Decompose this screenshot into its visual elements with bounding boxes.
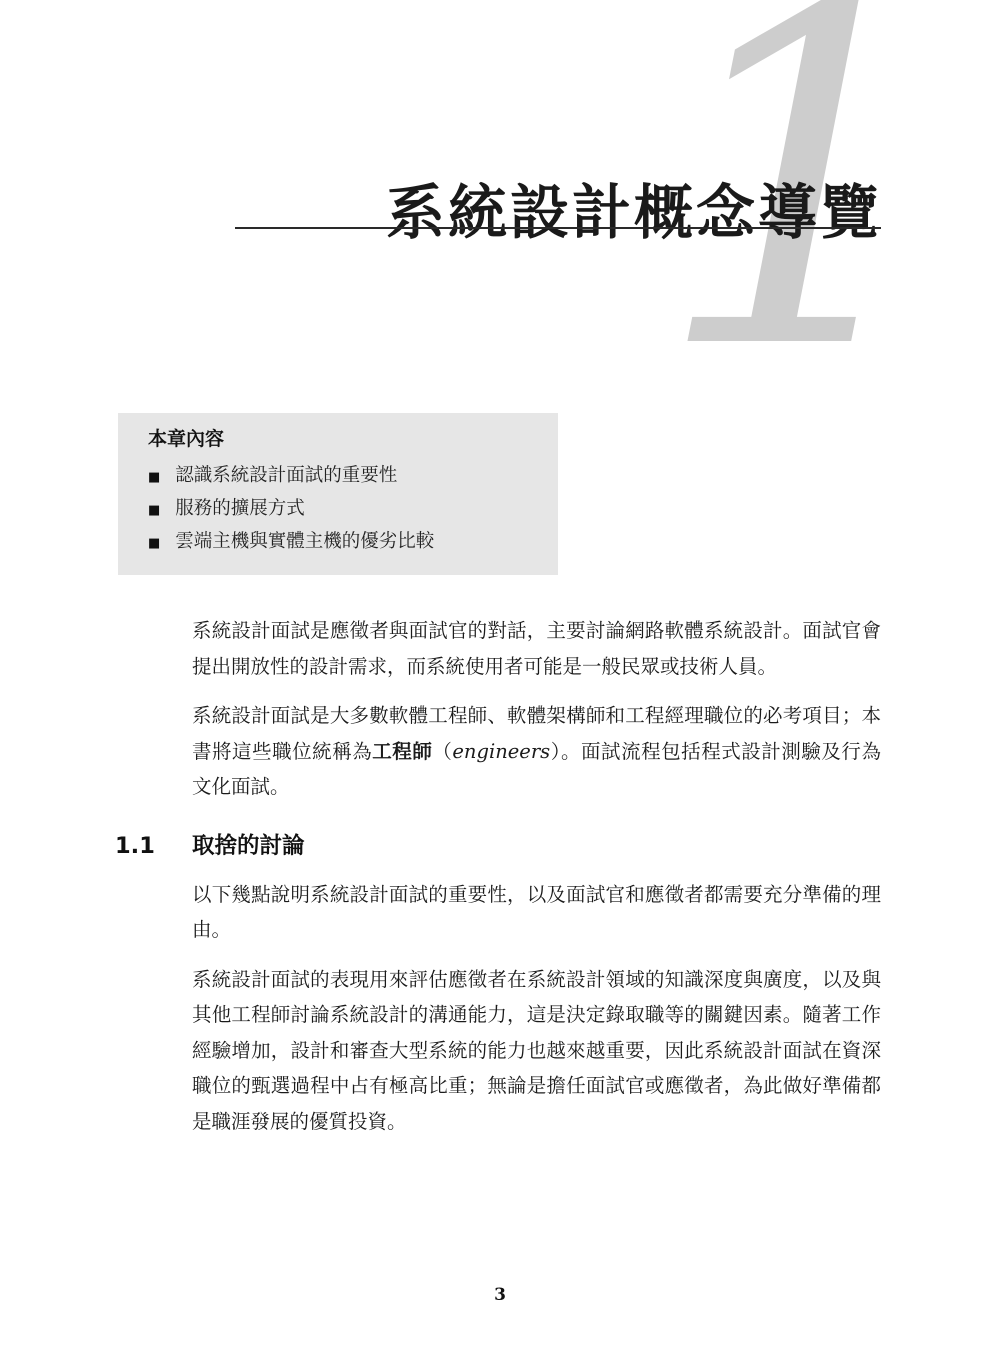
italic-english-term: engineers (452, 740, 550, 763)
section-title: 取捨的討論 (192, 831, 305, 861)
main-text-column: 系統設計面試是應徵者與面試官的對話，主要討論網路軟體系統設計。面試官會提出開放性… (115, 613, 881, 1153)
title-divider-rule (235, 227, 881, 229)
book-page: 1 系統設計概念導覽 本章內容 ■ 認識系統設計面試的重要性 ■ 服務的擴展方式… (0, 0, 1000, 1353)
paragraph-section-intro: 以下幾點說明系統設計面試的重要性，以及面試官和應徵者都需要充分準備的理由。 (192, 877, 881, 948)
paren-open: （ (432, 740, 452, 763)
bullet-square-icon: ■ (148, 495, 160, 526)
paragraph-intro: 系統設計面試是應徵者與面試官的對話，主要討論網路軟體系統設計。面試官會提出開放性… (192, 613, 881, 684)
contents-item-label: 服務的擴展方式 (175, 493, 305, 524)
section-heading-1-1: 1.1 取捨的討論 (115, 831, 881, 861)
contents-item: ■ 認識系統設計面試的重要性 (148, 460, 538, 493)
paragraph-roles: 系統設計面試是大多數軟體工程師、軟體架構師和工程經理職位的必考項目；本書將這些職… (192, 698, 881, 805)
contents-box-heading: 本章內容 (148, 427, 538, 451)
bullet-square-icon: ■ (148, 528, 160, 559)
chapter-contents-box: 本章內容 ■ 認識系統設計面試的重要性 ■ 服務的擴展方式 ■ 雲端主機與實體主… (118, 413, 558, 575)
page-number: 3 (0, 1285, 1000, 1305)
paren-close: ）。 (550, 740, 581, 763)
contents-item-label: 認識系統設計面試的重要性 (175, 460, 397, 491)
contents-item: ■ 服務的擴展方式 (148, 493, 538, 526)
paragraph-importance: 系統設計面試的表現用來評估應徵者在系統設計領域的知識深度與廣度，以及與其他工程師… (192, 962, 881, 1140)
contents-list: ■ 認識系統設計面試的重要性 ■ 服務的擴展方式 ■ 雲端主機與實體主機的優劣比… (148, 460, 538, 559)
contents-item: ■ 雲端主機與實體主機的優劣比較 (148, 526, 538, 559)
chapter-title: 系統設計概念導覽 (386, 183, 882, 242)
bullet-square-icon: ■ (148, 462, 160, 493)
contents-item-label: 雲端主機與實體主機的優劣比較 (175, 526, 434, 557)
emphasized-term: 工程師 (372, 740, 432, 763)
section-number: 1.1 (115, 831, 192, 861)
